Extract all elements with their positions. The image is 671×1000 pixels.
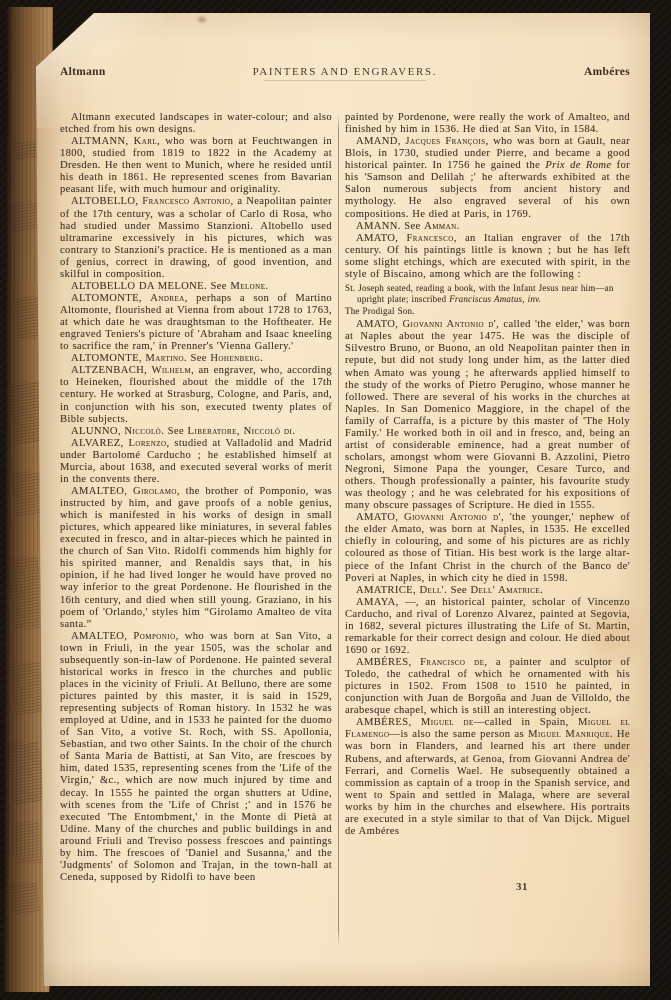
- text-segment: , called 'the elder,' was born at Naples…: [345, 319, 630, 511]
- text-segment: —called in Spain,: [474, 717, 578, 728]
- entry-paragraph: ALTOMONTE, Martino. See Hohenberg.: [60, 353, 332, 365]
- text-segment: Prix de Rome: [545, 160, 611, 171]
- text-segment: Giovanni Antonio d': [402, 319, 496, 330]
- text-segment: Miguel de: [421, 717, 474, 728]
- text-segment: , a Neapolitan painter of the 17th centu…: [60, 196, 332, 279]
- text-segment: painted by Pordenone, were really the wo…: [345, 112, 630, 135]
- text-segment: Altmann executed landscapes in water-col…: [60, 112, 332, 135]
- page-edge-ghost-text: [11, 821, 43, 866]
- text-segment: Franciscus Amatus, inv.: [449, 294, 541, 304]
- entry-paragraph: AMANN. See Amman.: [345, 221, 630, 233]
- entry-paragraph: AMATO, Giovanni Antonio d', 'the younger…: [345, 512, 630, 584]
- text-segment: AMALTEO,: [71, 631, 133, 642]
- text-segment: Melone: [230, 281, 265, 292]
- entry-paragraph: ALTOBELLO DA MELONE. See Melone.: [60, 281, 332, 293]
- text-segment: AMATO,: [356, 319, 402, 330]
- page-edge-ghost-text: [11, 470, 45, 517]
- text-segment: Niccolò: [124, 426, 161, 437]
- text-segment: Andrea: [150, 293, 184, 304]
- entry-paragraph: AMBÉRES, Miguel de—called in Spain, Migu…: [345, 717, 630, 838]
- text-segment: . See: [444, 585, 470, 596]
- text-block: Altmann executed landscapes in water-col…: [60, 112, 630, 938]
- text-segment: ALTMANN,: [71, 136, 134, 147]
- text-segment: Francesco: [406, 233, 453, 244]
- text-segment: ALTZENBACH,: [71, 365, 152, 376]
- text-segment: Wilhelm: [152, 365, 192, 376]
- text-segment: ALTOBELLO DA MELONE. See: [71, 281, 230, 292]
- text-segment: . See: [161, 426, 187, 437]
- text-segment: .: [260, 353, 263, 364]
- header-book-title: PAINTERS AND ENGRAVERS.: [253, 66, 437, 78]
- text-segment: . See: [184, 353, 210, 364]
- page-number: 31: [516, 881, 528, 893]
- text-segment: Karl: [134, 136, 157, 147]
- book-page: Altmann PAINTERS AND ENGRAVERS. Ambéres …: [36, 13, 650, 986]
- entry-paragraph: ALVAREZ, Lorenzo, studied at Valladolid …: [60, 438, 332, 486]
- entry-paragraph: AMBÉRES, Francisco de, a painter and scu…: [345, 657, 630, 717]
- text-segment: AMAYA, —, an historical painter, scholar…: [345, 597, 630, 656]
- text-segment: ALTOMONTE,: [71, 293, 150, 304]
- text-segment: . He was born in Flanders, and learned h…: [345, 729, 630, 837]
- text-segment: ALVAREZ,: [71, 438, 128, 449]
- entry-paragraph: painted by Pordenone, were really the wo…: [345, 112, 630, 136]
- entry-paragraph: Altmann executed landscapes in water-col…: [60, 112, 332, 136]
- text-segment: AMATRICE,: [356, 585, 419, 596]
- text-segment: .: [292, 426, 295, 437]
- text-segment: AMATO,: [356, 512, 404, 523]
- text-segment: The Prodigal Son.: [345, 306, 415, 316]
- text-segment: Lorenzo: [128, 438, 166, 449]
- text-segment: .: [540, 585, 543, 596]
- page-edge-ghost-text: [6, 740, 45, 805]
- etching-list-item: St. Joseph seated, reading a book, with …: [345, 283, 630, 305]
- text-segment: , the brother of Pomponio, was instructe…: [60, 486, 332, 630]
- page-edge-ghost-text: [6, 555, 46, 630]
- header-headword-right: Ambéres: [584, 66, 630, 78]
- page-edge-ghost-text: [10, 881, 41, 916]
- text-segment: ALTOMONTE,: [71, 353, 145, 364]
- etching-list-item: The Prodigal Son.: [345, 306, 630, 317]
- text-segment: .: [457, 221, 460, 232]
- text-segment: Martino: [145, 353, 184, 364]
- text-segment: AMANN. See: [356, 221, 424, 232]
- text-segment: AMBÉRES,: [356, 657, 420, 668]
- text-segment: Dell': [419, 585, 444, 596]
- entry-paragraph: ALTOMONTE, Andrea, perhaps a son of Mart…: [60, 293, 332, 353]
- right-column: painted by Pordenone, were really the wo…: [345, 112, 630, 938]
- running-header: Altmann PAINTERS AND ENGRAVERS. Ambéres: [60, 66, 630, 78]
- entry-paragraph: ALTOBELLO, Francesco Antonio, a Neapolit…: [60, 196, 332, 280]
- text-segment: Miguel Manrique: [528, 729, 610, 740]
- text-segment: —is also the same person as: [390, 729, 529, 740]
- text-segment: Girolamo: [133, 486, 177, 497]
- entry-paragraph: AMAYA, —, an historical painter, scholar…: [345, 597, 630, 657]
- entry-paragraph: AMATO, Francesco, an Italian engraver of…: [345, 233, 630, 281]
- text-segment: Pomponio: [133, 631, 175, 642]
- text-segment: .: [265, 281, 268, 292]
- header-headword-left: Altmann: [60, 66, 106, 78]
- text-segment: Amman: [424, 221, 456, 232]
- entry-paragraph: AMATO, Giovanni Antonio d', called 'the …: [345, 319, 630, 512]
- ink-speck: [196, 15, 208, 24]
- left-column: Altmann executed landscapes in water-col…: [60, 112, 332, 938]
- entry-paragraph: ALUNNO, Niccolò. See Liberatore, Niccolò…: [60, 426, 332, 438]
- text-segment: , who was born at San Vito, a town in Fr…: [60, 631, 332, 883]
- text-segment: Francisco de: [420, 657, 484, 668]
- text-segment: Dell' Amatrice: [470, 585, 540, 596]
- text-segment: AMATO,: [356, 233, 406, 244]
- text-segment: ALUNNO,: [71, 426, 124, 437]
- text-segment: Hohenberg: [210, 353, 260, 364]
- entry-paragraph: AMALTEO, Girolamo, the brother of Pompon…: [60, 486, 332, 631]
- text-segment: AMALTEO,: [71, 486, 133, 497]
- text-segment: AMBÉRES,: [356, 717, 421, 728]
- entry-paragraph: ALTMANN, Karl, who was born at Feuchtwan…: [60, 136, 332, 196]
- entry-paragraph: AMALTEO, Pomponio, who was born at San V…: [60, 631, 332, 884]
- text-segment: AMAND,: [356, 136, 405, 147]
- text-segment: Liberatore, Niccolò di: [188, 426, 293, 437]
- text-segment: Francesco Antonio: [142, 196, 230, 207]
- text-segment: Giovanni Antonio d': [404, 512, 501, 523]
- entry-paragraph: AMATRICE, Dell'. See Dell' Amatrice.: [345, 585, 630, 597]
- text-segment: ALTOBELLO,: [71, 196, 142, 207]
- entry-paragraph: AMAND, Jacques François, who was born at…: [345, 136, 630, 220]
- entry-paragraph: ALTZENBACH, Wilhelm, an engraver, who, a…: [60, 365, 332, 425]
- text-segment: Jacques François: [405, 136, 485, 147]
- page-edge-ghost-text: [9, 660, 45, 715]
